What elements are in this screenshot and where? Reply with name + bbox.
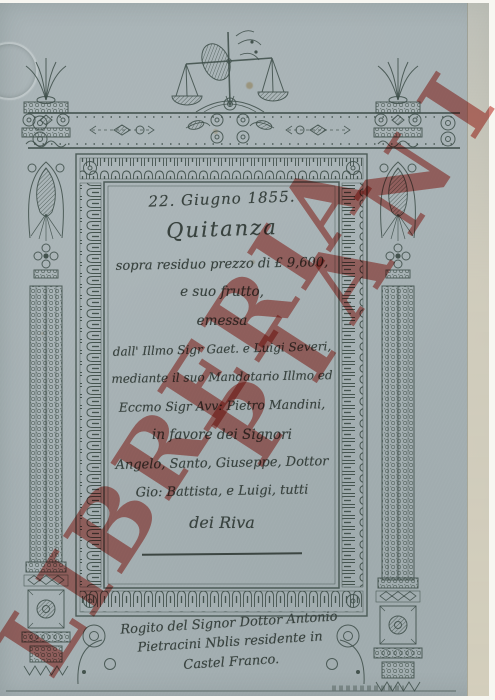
manuscript-line: Angelo, Santo, Giuseppe, Dottor <box>104 453 340 473</box>
left-column-ornament <box>22 58 70 675</box>
manuscript-line: dall' Illmo Sigr Gaet. e Luigi Severi, <box>104 339 340 360</box>
document-title: Quitanza <box>104 212 341 246</box>
manuscript-line: Gio: Battista, e Luigi, tutti <box>104 482 340 502</box>
family-name-line: dei Riva <box>104 513 340 533</box>
manuscript-line: emessa <box>104 313 340 330</box>
document-photo: 22. Giugno 1855. Quitanza sopra residuo … <box>0 0 495 700</box>
date-line: 22. Giugno 1855. <box>104 186 341 213</box>
scales-of-justice-icon <box>172 31 288 106</box>
right-column-ornament <box>374 58 422 691</box>
manuscript-line: mediante il suo Mandatario Illmo ed <box>104 368 340 387</box>
amount-line: sopra residuo prezzo di £ 9,600, <box>104 255 340 275</box>
manuscript-line: in favore dei Signori <box>104 427 340 444</box>
manuscript-line: e suo frutto, <box>104 284 340 301</box>
manuscript-text-block: 22. Giugno 1855. Quitanza sopra residuo … <box>104 182 340 555</box>
manuscript-line: Eccmo Sigr Avv: Pietro Mandini, <box>104 396 340 416</box>
